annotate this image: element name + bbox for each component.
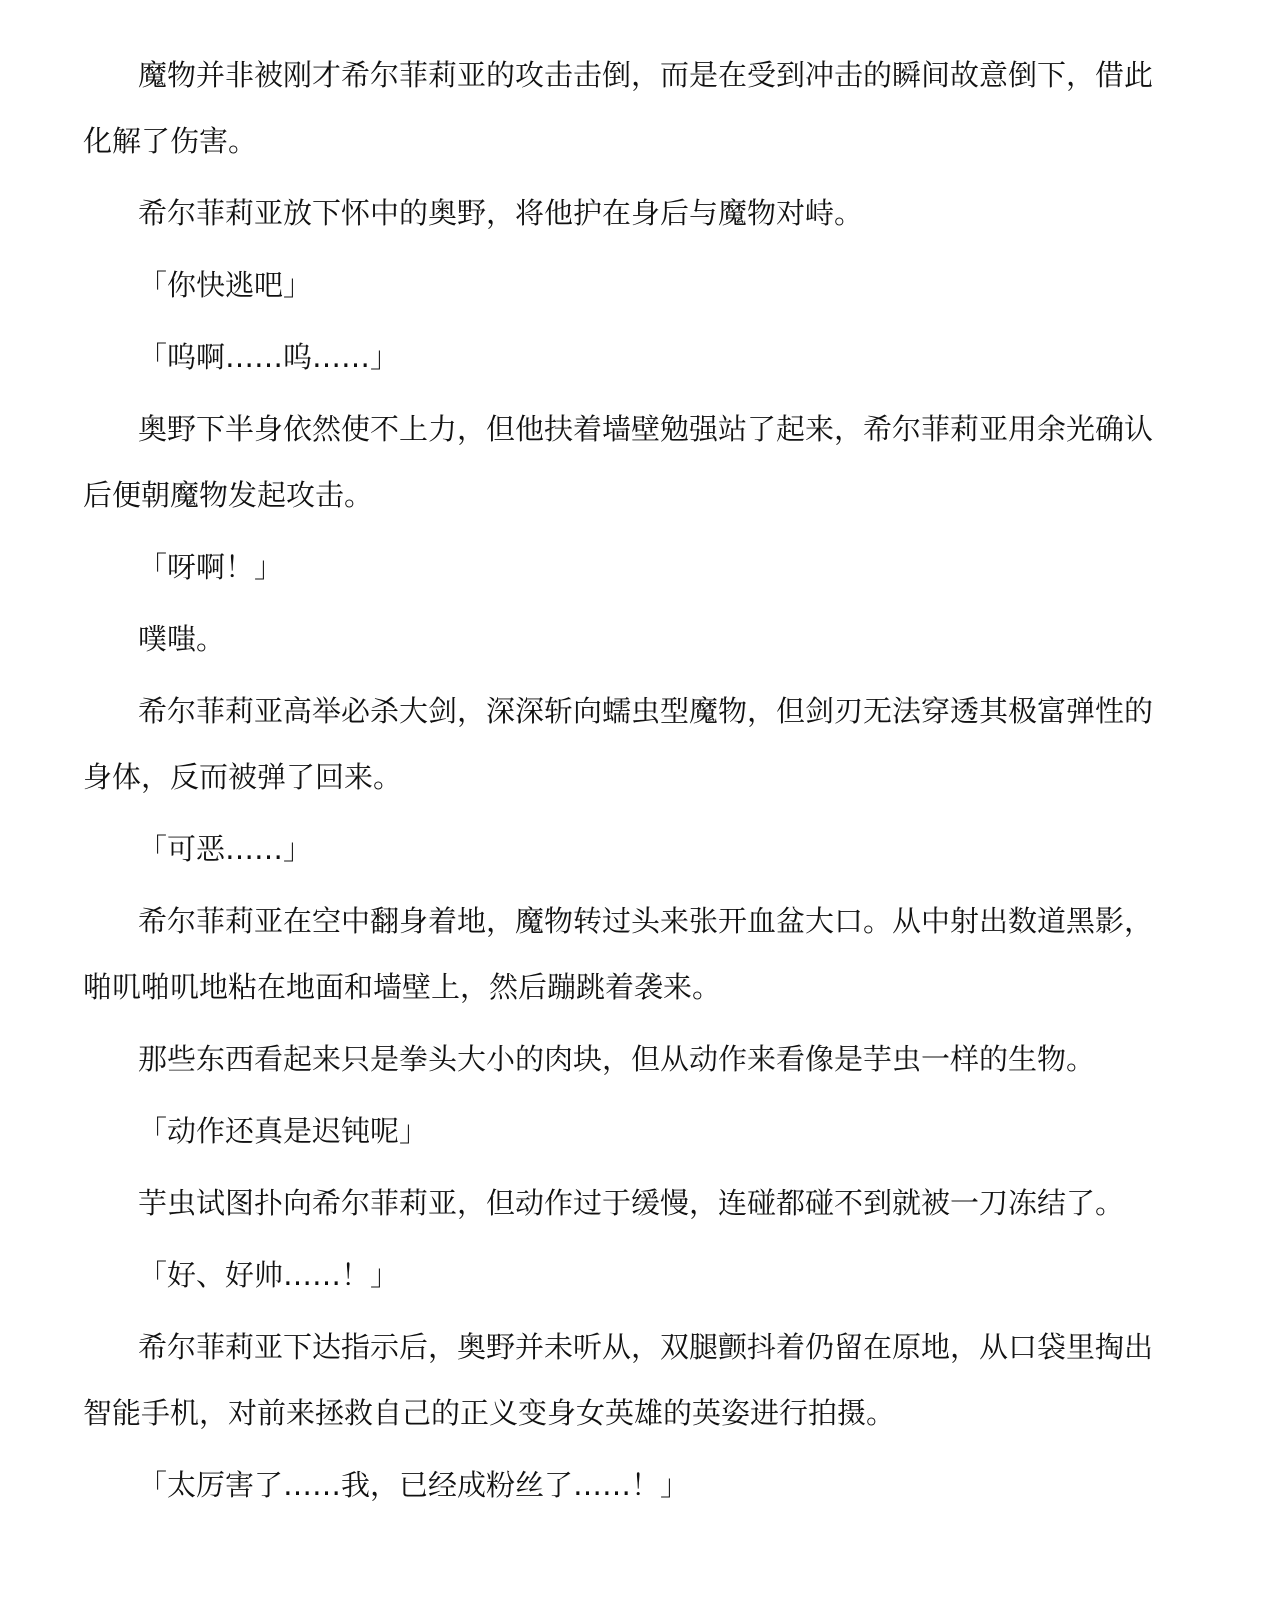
paragraph-dialogue: 「好、好帅……！」 <box>83 1242 1173 1308</box>
paragraph-narration: 噗嗤。 <box>83 606 1173 672</box>
document-page: 魔物并非被刚才希尔菲莉亚的攻击击倒，而是在受到冲击的瞬间故意倒下，借此化解了伤害… <box>83 42 1173 1524</box>
paragraph-narration: 希尔菲莉亚在空中翻身着地，魔物转过头来张开血盆大口。从中射出数道黑影，啪叽啪叽地… <box>83 888 1173 1020</box>
paragraph-narration: 芋虫试图扑向希尔菲莉亚，但动作过于缓慢，连碰都碰不到就被一刀冻结了。 <box>83 1170 1173 1236</box>
paragraph-narration: 魔物并非被刚才希尔菲莉亚的攻击击倒，而是在受到冲击的瞬间故意倒下，借此化解了伤害… <box>83 42 1173 174</box>
paragraph-narration: 那些东西看起来只是拳头大小的肉块，但从动作来看像是芋虫一样的生物。 <box>83 1026 1173 1092</box>
paragraph-narration: 希尔菲莉亚放下怀中的奥野，将他护在身后与魔物对峙。 <box>83 180 1173 246</box>
paragraph-dialogue: 「你快逃吧」 <box>83 252 1173 318</box>
paragraph-narration: 希尔菲莉亚下达指示后，奥野并未听从，双腿颤抖着仍留在原地，从口袋里掏出智能手机，… <box>83 1314 1173 1446</box>
paragraph-dialogue: 「呜啊……呜……」 <box>83 324 1173 390</box>
paragraph-narration: 奥野下半身依然使不上力，但他扶着墙壁勉强站了起来，希尔菲莉亚用余光确认后便朝魔物… <box>83 396 1173 528</box>
paragraph-dialogue: 「呀啊！」 <box>83 534 1173 600</box>
paragraph-dialogue: 「动作还真是迟钝呢」 <box>83 1098 1173 1164</box>
paragraph-narration: 希尔菲莉亚高举必杀大剑，深深斩向蠕虫型魔物，但剑刃无法穿透其极富弹性的身体，反而… <box>83 678 1173 810</box>
paragraph-dialogue: 「可恶……」 <box>83 816 1173 882</box>
paragraph-dialogue: 「太厉害了……我，已经成粉丝了……！」 <box>83 1452 1173 1518</box>
